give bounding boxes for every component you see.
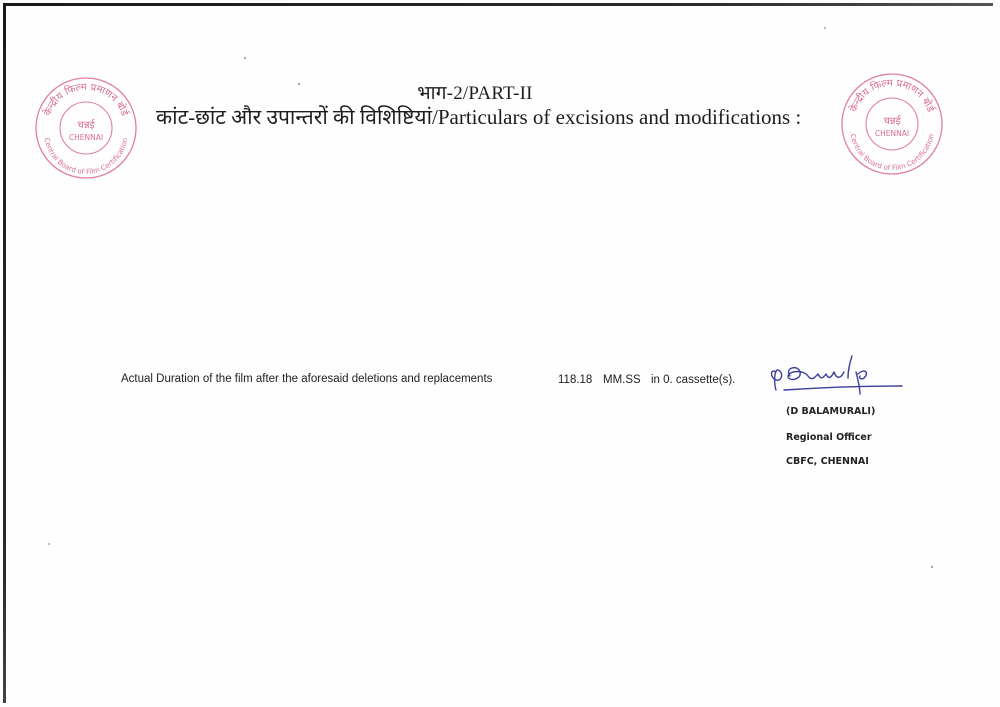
svg-text:CHENNAI: CHENNAI bbox=[69, 133, 103, 142]
svg-text:Central Board of Film Certific: Central Board of Film Certification bbox=[848, 133, 935, 172]
scan-speck bbox=[931, 566, 933, 568]
duration-unit: MM.SS bbox=[603, 374, 641, 386]
certificate-page: केन्द्रीय फिल्म प्रमाणन बोर्ड Central Bo… bbox=[0, 0, 1000, 707]
excisions-heading: कांट-छांट और उपान्तरों की विशिष्टियां/Pa… bbox=[156, 103, 801, 131]
cassette-count: in 0. cassette(s). bbox=[651, 374, 735, 386]
svg-text:चन्नई: चन्नई bbox=[884, 115, 902, 127]
svg-text:चन्नई: चन्नई bbox=[78, 119, 96, 131]
duration-value: 118.18 bbox=[558, 374, 592, 386]
svg-text:Central Board of Film Certific: Central Board of Film Certification bbox=[42, 137, 129, 176]
part-heading: भाग-2/PART-II bbox=[0, 79, 950, 105]
duration-label: Actual Duration of the film after the af… bbox=[121, 373, 492, 385]
signature-icon bbox=[764, 350, 906, 400]
officer-signature bbox=[764, 350, 906, 400]
scan-border-left bbox=[3, 3, 6, 703]
scan-speck bbox=[824, 27, 826, 29]
officer-name: (D BALAMURALI) bbox=[786, 406, 875, 417]
scan-speck bbox=[244, 57, 246, 59]
scan-speck bbox=[48, 543, 50, 545]
scan-border-top bbox=[3, 3, 993, 6]
svg-text:CHENNAI: CHENNAI bbox=[875, 129, 909, 138]
officer-office: CBFC, CHENNAI bbox=[786, 456, 869, 467]
scan-speck bbox=[298, 83, 300, 85]
officer-title: Regional Officer bbox=[786, 432, 872, 443]
